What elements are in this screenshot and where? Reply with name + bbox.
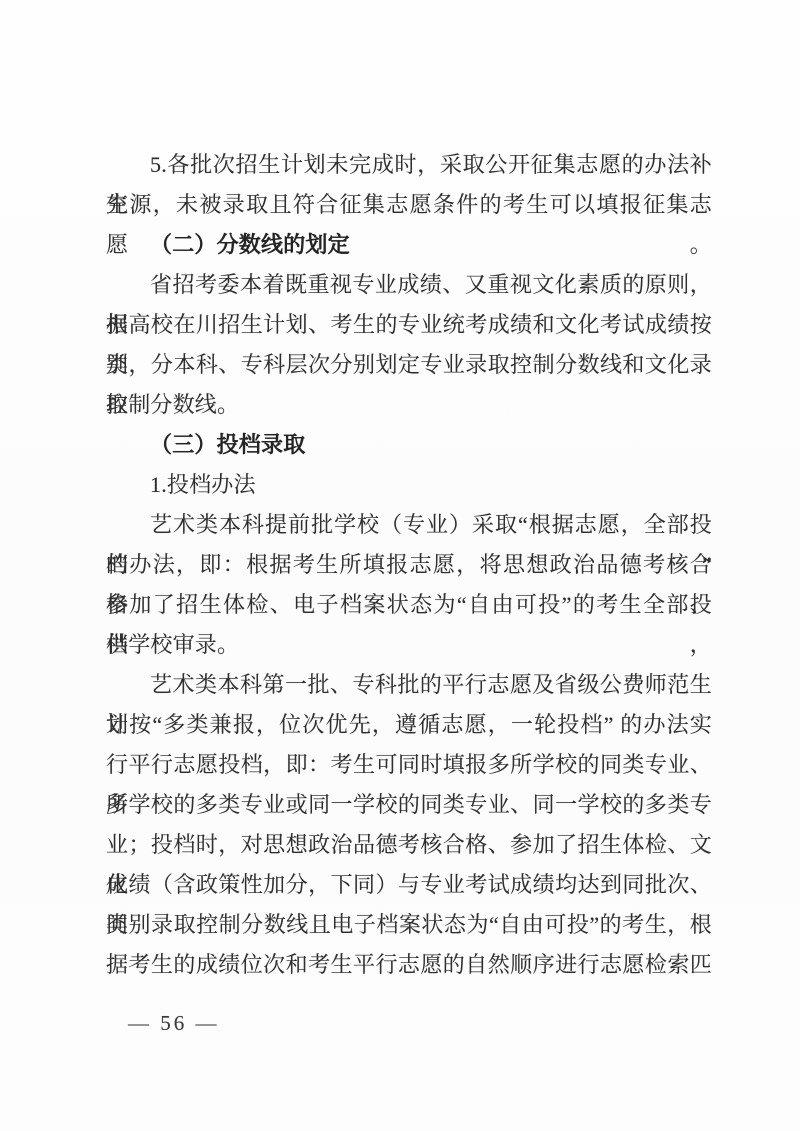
- text-line: 划按“多类兼报，位次优先，遵循志愿，一轮投档” 的办法实: [106, 705, 712, 745]
- text-line: 艺术类本科提前批学校（专业）采取“根据志愿，全部投档”: [106, 505, 712, 545]
- text-line: 别，分本科、专科层次分别划定专业录取控制分数线和文化录取: [106, 345, 712, 385]
- text-line: 控制分数线。: [106, 385, 712, 425]
- text-line: 艺术类本科第一批、专科批的平行志愿及省级公费师范生计: [106, 665, 712, 705]
- text-line: 据考生的成绩位次和考生平行志愿的自然顺序进行志愿检索匹: [106, 945, 712, 985]
- document-lines: 5.各批次招生计划未完成时，采取公开征集志愿的办法补充生源，未被录取且符合征集志…: [106, 145, 712, 985]
- text-line: 所学校的多类专业或同一学校的同类专业、同一学校的多类专: [106, 785, 712, 825]
- text-line: 的办法，即：根据考生所填报志愿，将思想政治品德考核合格、: [106, 545, 712, 585]
- text-line: 行平行志愿投档，即：考生可同时填报多所学校的同类专业、多: [106, 745, 712, 785]
- section-heading: （三）投档录取: [106, 425, 712, 465]
- text-line: 成绩（含政策性加分，下同）与专业考试成绩均达到同批次、同: [106, 865, 712, 905]
- text-line: 1.投档办法: [106, 465, 712, 505]
- text-line: 5.各批次招生计划未完成时，采取公开征集志愿的办法补充: [106, 145, 712, 185]
- text-line: 业；投档时，对思想政治品德考核合格、参加了招生体检、文化: [106, 825, 712, 865]
- text-line: 省招考委本着既重视专业成绩、又重视文化素质的原则，根: [106, 265, 712, 305]
- text-line: 类别录取控制分数线且电子档案状态为“自由可投”的考生，根: [106, 905, 712, 945]
- page-number: — 56 —: [128, 1003, 220, 1043]
- text-line: 据高校在川招生计划、考生的专业统考成绩和文化考试成绩按类: [106, 305, 712, 345]
- document-page: 5.各批次招生计划未完成时，采取公开征集志愿的办法补充生源，未被录取且符合征集志…: [0, 0, 800, 1131]
- text-line: 生源，未被录取且符合征集志愿条件的考生可以填报征集志愿。: [106, 185, 712, 225]
- text-line: 参加了招生体检、电子档案状态为“自由可投”的考生全部投档，: [106, 585, 712, 625]
